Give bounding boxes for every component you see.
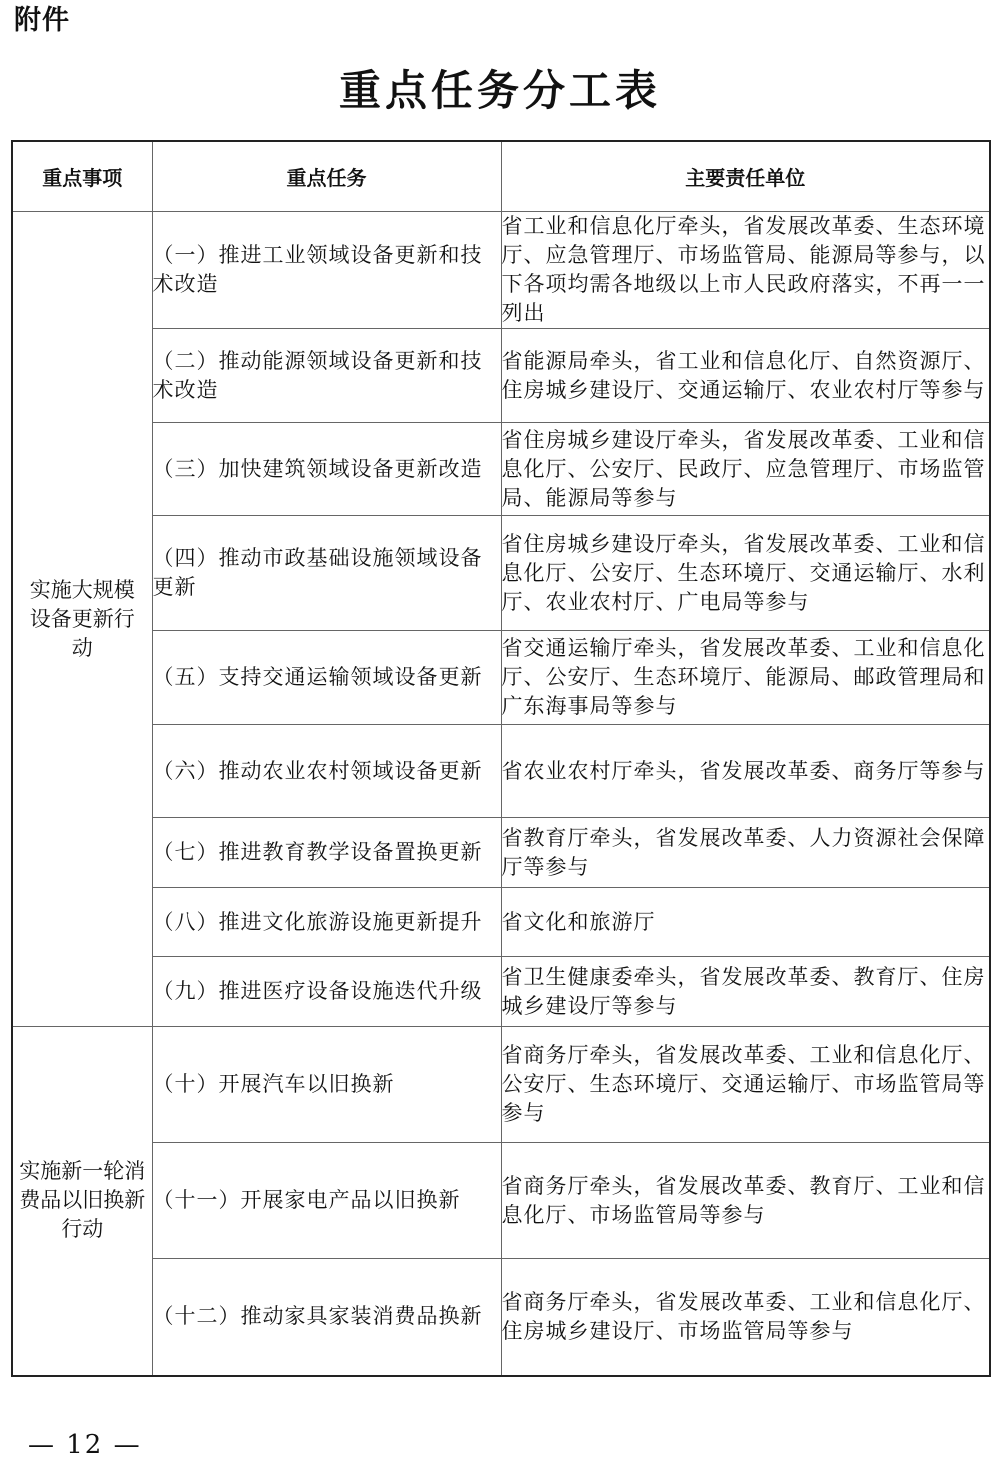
task-cell: （六）推动农业农村领域设备更新 [152,725,501,818]
table-row: 实施大规模设备更新行动 （一）推进工业领域设备更新和技术改造 省工业和信息化厅牵… [12,212,990,329]
responsible-cell: 省文化和旅游厅 [501,888,990,957]
table-row: （十一）开展家电产品以旧换新 省商务厅牵头，省发展改革委、教育厅、工业和信息化厅… [12,1143,990,1259]
responsible-cell: 省住房城乡建设厅牵头，省发展改革委、工业和信息化厅、公安厅、民政厅、应急管理厅、… [501,423,990,516]
table-row: （九）推进医疗设备设施迭代升级 省卫生健康委牵头，省发展改革委、教育厅、住房城乡… [12,957,990,1027]
task-assignment-table: 重点事项 重点任务 主要责任单位 实施大规模设备更新行动 （一）推进工业领域设备… [11,140,991,1377]
column-header-task: 重点任务 [152,141,501,212]
attachment-label: 附件 [14,0,70,37]
responsible-cell: 省住房城乡建设厅牵头，省发展改革委、工业和信息化厅、公安厅、生态环境厅、交通运输… [501,516,990,631]
category-cell: 实施大规模设备更新行动 [12,212,152,1027]
responsible-cell: 省商务厅牵头，省发展改革委、工业和信息化厅、公安厅、生态环境厅、交通运输厅、市场… [501,1027,990,1143]
task-cell: （八）推进文化旅游设施更新提升 [152,888,501,957]
responsible-cell: 省卫生健康委牵头，省发展改革委、教育厅、住房城乡建设厅等参与 [501,957,990,1027]
task-cell: （一）推进工业领域设备更新和技术改造 [152,212,501,329]
column-header-responsible: 主要责任单位 [501,141,990,212]
task-cell: （十）开展汽车以旧换新 [152,1027,501,1143]
table-row: （三）加快建筑领域设备更新改造 省住房城乡建设厅牵头，省发展改革委、工业和信息化… [12,423,990,516]
task-cell: （五）支持交通运输领域设备更新 [152,631,501,725]
task-cell: （七）推进教育教学设备置换更新 [152,818,501,888]
table-row: （二）推动能源领域设备更新和技术改造 省能源局牵头，省工业和信息化厅、自然资源厅… [12,329,990,423]
responsible-cell: 省能源局牵头，省工业和信息化厅、自然资源厅、住房城乡建设厅、交通运输厅、农业农村… [501,329,990,423]
table-row: （十二）推动家具家装消费品换新 省商务厅牵头，省发展改革委、工业和信息化厅、住房… [12,1259,990,1376]
responsible-cell: 省交通运输厅牵头，省发展改革委、工业和信息化厅、公安厅、生态环境厅、能源局、邮政… [501,631,990,725]
task-cell: （十二）推动家具家装消费品换新 [152,1259,501,1376]
column-header-category: 重点事项 [12,141,152,212]
task-cell: （二）推动能源领域设备更新和技术改造 [152,329,501,423]
responsible-cell: 省农业农村厅牵头，省发展改革委、商务厅等参与 [501,725,990,818]
table-row: （七）推进教育教学设备置换更新 省教育厅牵头，省发展改革委、人力资源社会保障厅等… [12,818,990,888]
table-header-row: 重点事项 重点任务 主要责任单位 [12,141,990,212]
table-row: 实施新一轮消费品以旧换新行动 （十）开展汽车以旧换新 省商务厅牵头，省发展改革委… [12,1027,990,1143]
task-cell: （十一）开展家电产品以旧换新 [152,1143,501,1259]
responsible-cell: 省工业和信息化厅牵头，省发展改革委、生态环境厅、应急管理厅、市场监管局、能源局等… [501,212,990,329]
table-row: （五）支持交通运输领域设备更新 省交通运输厅牵头，省发展改革委、工业和信息化厅、… [12,631,990,725]
task-cell: （九）推进医疗设备设施迭代升级 [152,957,501,1027]
task-cell: （三）加快建筑领域设备更新改造 [152,423,501,516]
table-row: （四）推动市政基础设施领域设备更新 省住房城乡建设厅牵头，省发展改革委、工业和信… [12,516,990,631]
page-number: — 12 — [28,1430,142,1460]
task-cell: （四）推动市政基础设施领域设备更新 [152,516,501,631]
table-row: （八）推进文化旅游设施更新提升 省文化和旅游厅 [12,888,990,957]
category-cell: 实施新一轮消费品以旧换新行动 [12,1027,152,1376]
page-title: 重点任务分工表 [0,58,1000,118]
table-row: （六）推动农业农村领域设备更新 省农业农村厅牵头，省发展改革委、商务厅等参与 [12,725,990,818]
responsible-cell: 省商务厅牵头，省发展改革委、教育厅、工业和信息化厅、市场监管局等参与 [501,1143,990,1259]
responsible-cell: 省商务厅牵头，省发展改革委、工业和信息化厅、住房城乡建设厅、市场监管局等参与 [501,1259,990,1376]
responsible-cell: 省教育厅牵头，省发展改革委、人力资源社会保障厅等参与 [501,818,990,888]
